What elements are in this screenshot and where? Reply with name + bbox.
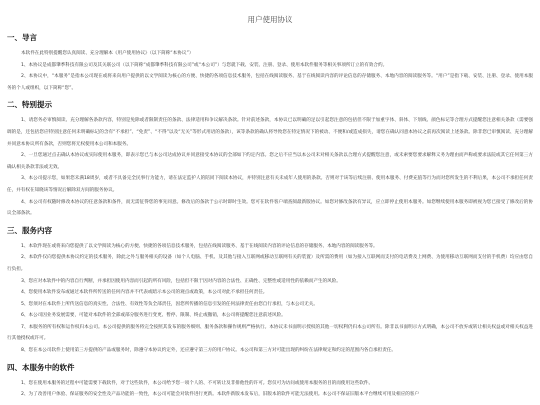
section-heading: 一、导言 xyxy=(7,32,533,43)
paragraph: 2、一旦您通过点击确认本协议或实际使用本服务，即表示您已与本公司达成协议并同意接… xyxy=(7,150,533,173)
document-page: 用户使用协议 一、导言 本软件在此特别提醒您认真阅读、充分理解本《用户使用协议》… xyxy=(0,0,540,405)
section-heading: 四、本服务中的软件 xyxy=(7,362,533,373)
paragraph: 5、您须对在本软件上所传送信息的真实性、合法性、有效性等负全部责任，因您所传播的… xyxy=(7,299,533,311)
paragraph: 8、您在本公司软件上使用第三方提供的产品或服务时，除遵守本协议约定外，还应遵守第… xyxy=(7,345,533,357)
section-heading: 二、特别提示 xyxy=(7,99,533,110)
section-software: 四、本服务中的软件 1、您在使用本服务的过程中可能需要下载软件，对于这些软件，本… xyxy=(7,362,533,401)
paragraph: 1、本软件现在或将来向您提供了以文学阅读为核心的方便、快捷的各项信息技术服务，包… xyxy=(7,241,533,253)
paragraph: 4、您使用本软件发布或通过本软件所传送的任何内容并不代表或暗示本公司的观点或政策… xyxy=(7,287,533,299)
paragraph: 1、本协议是成都肇季科技有限公司及其关联公司（以下简称“成都肇季科技有限公司”或… xyxy=(7,60,533,72)
section-service-content: 三、服务内容 1、本软件现在或将来向您提供了以文学阅读为核心的方便、快捷的各项信… xyxy=(7,225,533,357)
document-title: 用户使用协议 xyxy=(7,0,533,27)
section-special-notice: 二、特别提示 1、请您务必审慎阅读、充分理解各条款内容，特别是免除或者限制责任的… xyxy=(7,99,533,219)
paragraph: 4、本公司有权随时修改本协议的任意条款和条件，而无需征得您的事先同意。修改后的条… xyxy=(7,197,533,220)
paragraph: 2、为了改善用户体验、保证服务的安全性及产品功能的一致性，本公司可能会对软件进行… xyxy=(7,389,533,401)
section-introduction: 一、导言 本软件在此特别提醒您认真阅读、充分理解本《用户使用协议》（以下简称“本… xyxy=(7,32,533,94)
paragraph: 6、本公司因业务发展需要，可能对本软件的全部或部分服务进行变更、暂停、限制、终止… xyxy=(7,310,533,322)
paragraph: 3、您应对本软件中的内容自行判断，并承担因使用内容而引起的所有风险，包括但不限于… xyxy=(7,276,533,288)
paragraph: 本软件在此特别提醒您认真阅读、充分理解本《用户使用协议》（以下简称“本协议”） xyxy=(7,48,533,60)
paragraph: 1、您在使用本服务的过程中可能需要下载软件，对于这些软件，本公司给予您一项个人的… xyxy=(7,378,533,390)
paragraph: 7、本服务的所有权和运作权归本公司。本公司提供的服务将完全按照其发布的服务细则、… xyxy=(7,322,533,345)
paragraph: 2、本软件仅向您提供本协议约定的技术服务，除此之外与服务相关的设备（如个人电脑、… xyxy=(7,252,533,275)
paragraph: 1、请您务必审慎阅读、充分理解各条款内容，特别是免除或者限制责任的条款、法律适用… xyxy=(7,115,533,150)
paragraph: 2、本协议中，“本服务”是指本公司现在或将来向用户提供的以文学阅读为核心的方便、… xyxy=(7,71,533,94)
paragraph: 3、本公司提示您，如果您未满18周岁，或者不具备完全民事行为能力，请在法定监护人… xyxy=(7,173,533,196)
section-heading: 三、服务内容 xyxy=(7,225,533,236)
